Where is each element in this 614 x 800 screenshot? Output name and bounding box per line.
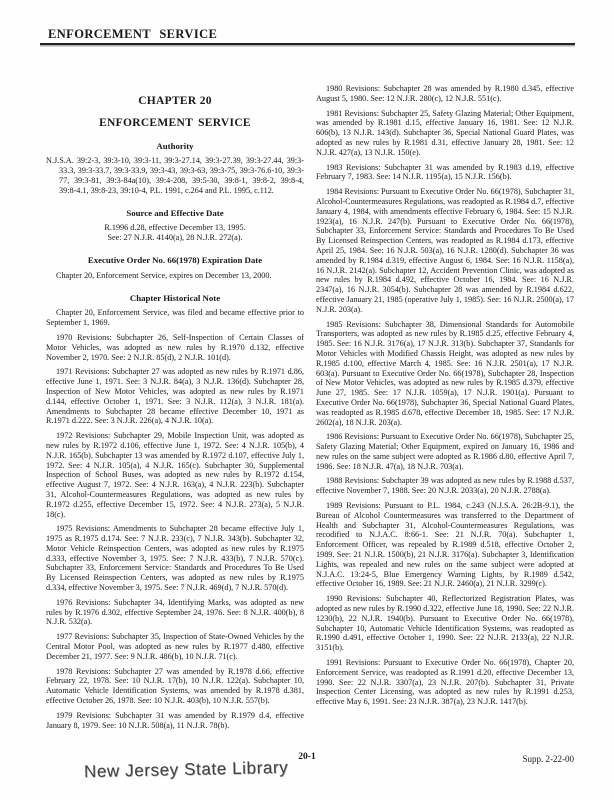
- header-rule: [40, 43, 575, 45]
- revision-paragraph-1991: 1991 Revisions: Pursuant to Executive Or…: [316, 658, 574, 707]
- historical-note-heading: Chapter Historical Note: [46, 294, 304, 304]
- eo-expiration-text: Chapter 20, Enforcement Service, expires…: [46, 271, 304, 281]
- revision-paragraph-1986: 1986 Revisions: Pursuant to Executive Or…: [316, 432, 574, 471]
- supplement-date: Supp. 2-22-00: [523, 754, 575, 764]
- revision-paragraph-1988: 1988 Revisions: Subchapter 39 was adopte…: [316, 476, 574, 496]
- chapter-title: ENFORCEMENT SERVICE: [46, 119, 304, 129]
- two-column-body: CHAPTER 20 ENFORCEMENT SERVICE Authority…: [46, 84, 574, 730]
- revision-paragraph-1980: 1980 Revisions: Subchapter 28 was amende…: [316, 84, 574, 104]
- revision-paragraph-1972: 1972 Revisions: Subchapter 29, Mobile In…: [46, 431, 304, 519]
- revision-paragraph-1971: 1971 Revisions: Subchapter 27 was adopte…: [46, 367, 304, 426]
- revision-paragraph-1977: 1977 Revisions: Subchapter 35, Inspectio…: [46, 632, 304, 661]
- revision-paragraph-1990: 1990 Revisions: Subchapter 40, Reflector…: [316, 594, 574, 653]
- source-effective-date-heading: Source and Effective Date: [46, 209, 304, 219]
- revision-paragraph-1983: 1983 Revisions: Subchapter 31 was amende…: [316, 163, 574, 183]
- source-see-line: See: 27 N.J.R. 4140(a), 28 N.J.R. 272(a)…: [46, 233, 304, 243]
- revision-paragraph-1979: 1979 Revisions: Subchapter 31 was amende…: [46, 711, 304, 731]
- revision-paragraph-1970: 1970 Revisions: Subchapter 26, Self-Insp…: [46, 333, 304, 362]
- revision-paragraph-1976: 1976 Revisions: Subchapter 34, Identifyi…: [46, 598, 304, 627]
- revision-paragraph-1985: 1985 Revisions: Subchapter 38, Dimension…: [316, 320, 574, 428]
- library-stamp: New Jersey State Library: [84, 758, 289, 782]
- revision-paragraph-1981: 1981 Revisions: Subchapter 25, Safety Gl…: [316, 109, 574, 158]
- revision-paragraph-1978: 1978 Revisions: Subchapter 27 was amende…: [46, 667, 304, 706]
- right-column: 1980 Revisions: Subchapter 28 was amende…: [316, 84, 574, 730]
- left-column: CHAPTER 20 ENFORCEMENT SERVICE Authority…: [46, 84, 304, 730]
- revision-paragraph-1984: 1984 Revisions: Pursuant to Executive Or…: [316, 187, 574, 314]
- authority-citations: N.J.S.A. 39:2-3, 39:3-10, 39:3-11, 39:3-…: [46, 156, 304, 195]
- historical-intro-paragraph: Chapter 20, Enforcement Service, was fil…: [46, 308, 304, 328]
- source-line: R.1996 d.28, effective December 13, 1995…: [46, 223, 304, 233]
- running-head: ENFORCEMENT SERVICE: [48, 27, 217, 42]
- chapter-number: CHAPTER 20: [46, 97, 304, 107]
- authority-heading: Authority: [46, 142, 304, 152]
- document-page: ENFORCEMENT SERVICE CHAPTER 20 ENFORCEME…: [0, 0, 614, 800]
- eo-expiration-heading: Executive Order No. 66(1978) Expiration …: [46, 256, 304, 266]
- revision-paragraph-1989: 1989 Revisions: Pursuant to P.L. 1984, c…: [316, 501, 574, 589]
- revision-paragraph-1975: 1975 Revisions: Amendments to Subchapter…: [46, 524, 304, 593]
